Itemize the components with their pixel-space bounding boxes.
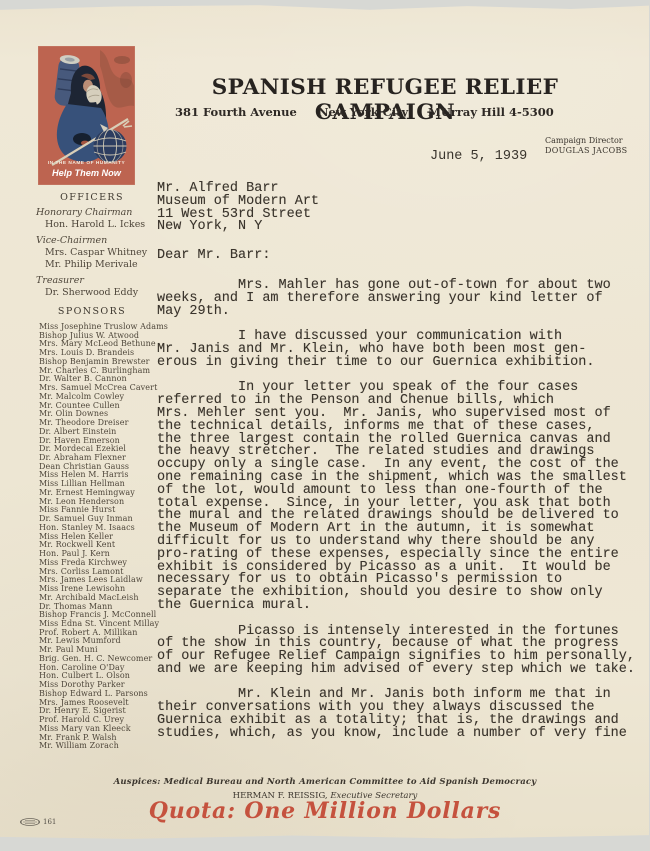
salutation: Dear Mr. Barr: (157, 250, 639, 263)
officer-role: Treasurer (28, 275, 156, 287)
quota-slogan: Quota: One Million Dollars (0, 798, 650, 824)
auspices-line: Auspices: Medical Bureau and North Ameri… (0, 777, 650, 787)
officer-group: Treasurer Dr. Sherwood Eddy (28, 275, 156, 299)
paragraph-1: Mrs. Mahler has gone out-of-town for abo… (157, 280, 639, 318)
campaign-director-block: Campaign Director DOUGLAS JACOBS (545, 136, 627, 155)
letter-body: Mr. Alfred Barr Museum of Modern Art 11 … (157, 183, 639, 753)
scanned-letter-page: IN THE NAME OF HUMANITY Help Them Now SP… (0, 0, 650, 851)
officer-role: Vice-Chairmen (28, 235, 156, 247)
poster-tagline-bottom: Help Them Now (52, 168, 122, 178)
officer-name: Hon. Harold L. Ickes (28, 219, 156, 231)
officer-name: Mr. Philip Merivale (28, 259, 156, 271)
campaign-director-role: Campaign Director (545, 136, 627, 146)
mother-and-child-poster-art: IN THE NAME OF HUMANITY Help Them Now (38, 46, 135, 185)
letterhead-phone: MUrray Hill 4-5300 (428, 105, 554, 119)
letterhead-city: New York City (318, 105, 408, 119)
paragraph-4: Picasso is intensely interested in the f… (157, 626, 639, 677)
officer-name: Mrs. Caspar Whitney (28, 247, 156, 259)
sponsor-name: Mr. William Zorach (39, 742, 156, 751)
letterhead-sidebar: OFFICERS Honorary Chairman Hon. Harold L… (28, 192, 156, 751)
officer-role: Honorary Chairman (28, 207, 156, 219)
officer-group: Vice-Chairmen Mrs. Caspar Whitney Mr. Ph… (28, 235, 156, 271)
paragraph-5: Mr. Klein and Mr. Janis both inform me t… (157, 689, 639, 740)
paragraph-2: I have discussed your communication with… (157, 331, 639, 369)
officer-group: Honorary Chairman Hon. Harold L. Ickes (28, 207, 156, 231)
letter-date: June 5, 1939 (430, 149, 527, 164)
officer-name: Dr. Sherwood Eddy (28, 287, 156, 299)
poster-tagline-top: IN THE NAME OF HUMANITY (48, 160, 126, 166)
officers-heading: OFFICERS (28, 192, 156, 203)
recipient-address: Mr. Alfred Barr Museum of Modern Art 11 … (157, 183, 639, 234)
letterhead-street: 381 Fourth Avenue (175, 105, 297, 119)
sponsors-list: Miss Josephine Truslow AdamsBishop Juliu… (28, 323, 156, 751)
union-printer-bug-icon (20, 818, 40, 826)
print-code: 161 (43, 818, 56, 826)
print-mark-row: 161 (20, 818, 56, 826)
paragraph-3: In your letter you speak of the four cas… (157, 382, 639, 612)
campaign-director-name: DOUGLAS JACOBS (545, 146, 627, 156)
sponsors-heading: SPONSORS (28, 306, 156, 317)
relief-poster: IN THE NAME OF HUMANITY Help Them Now (38, 46, 135, 185)
